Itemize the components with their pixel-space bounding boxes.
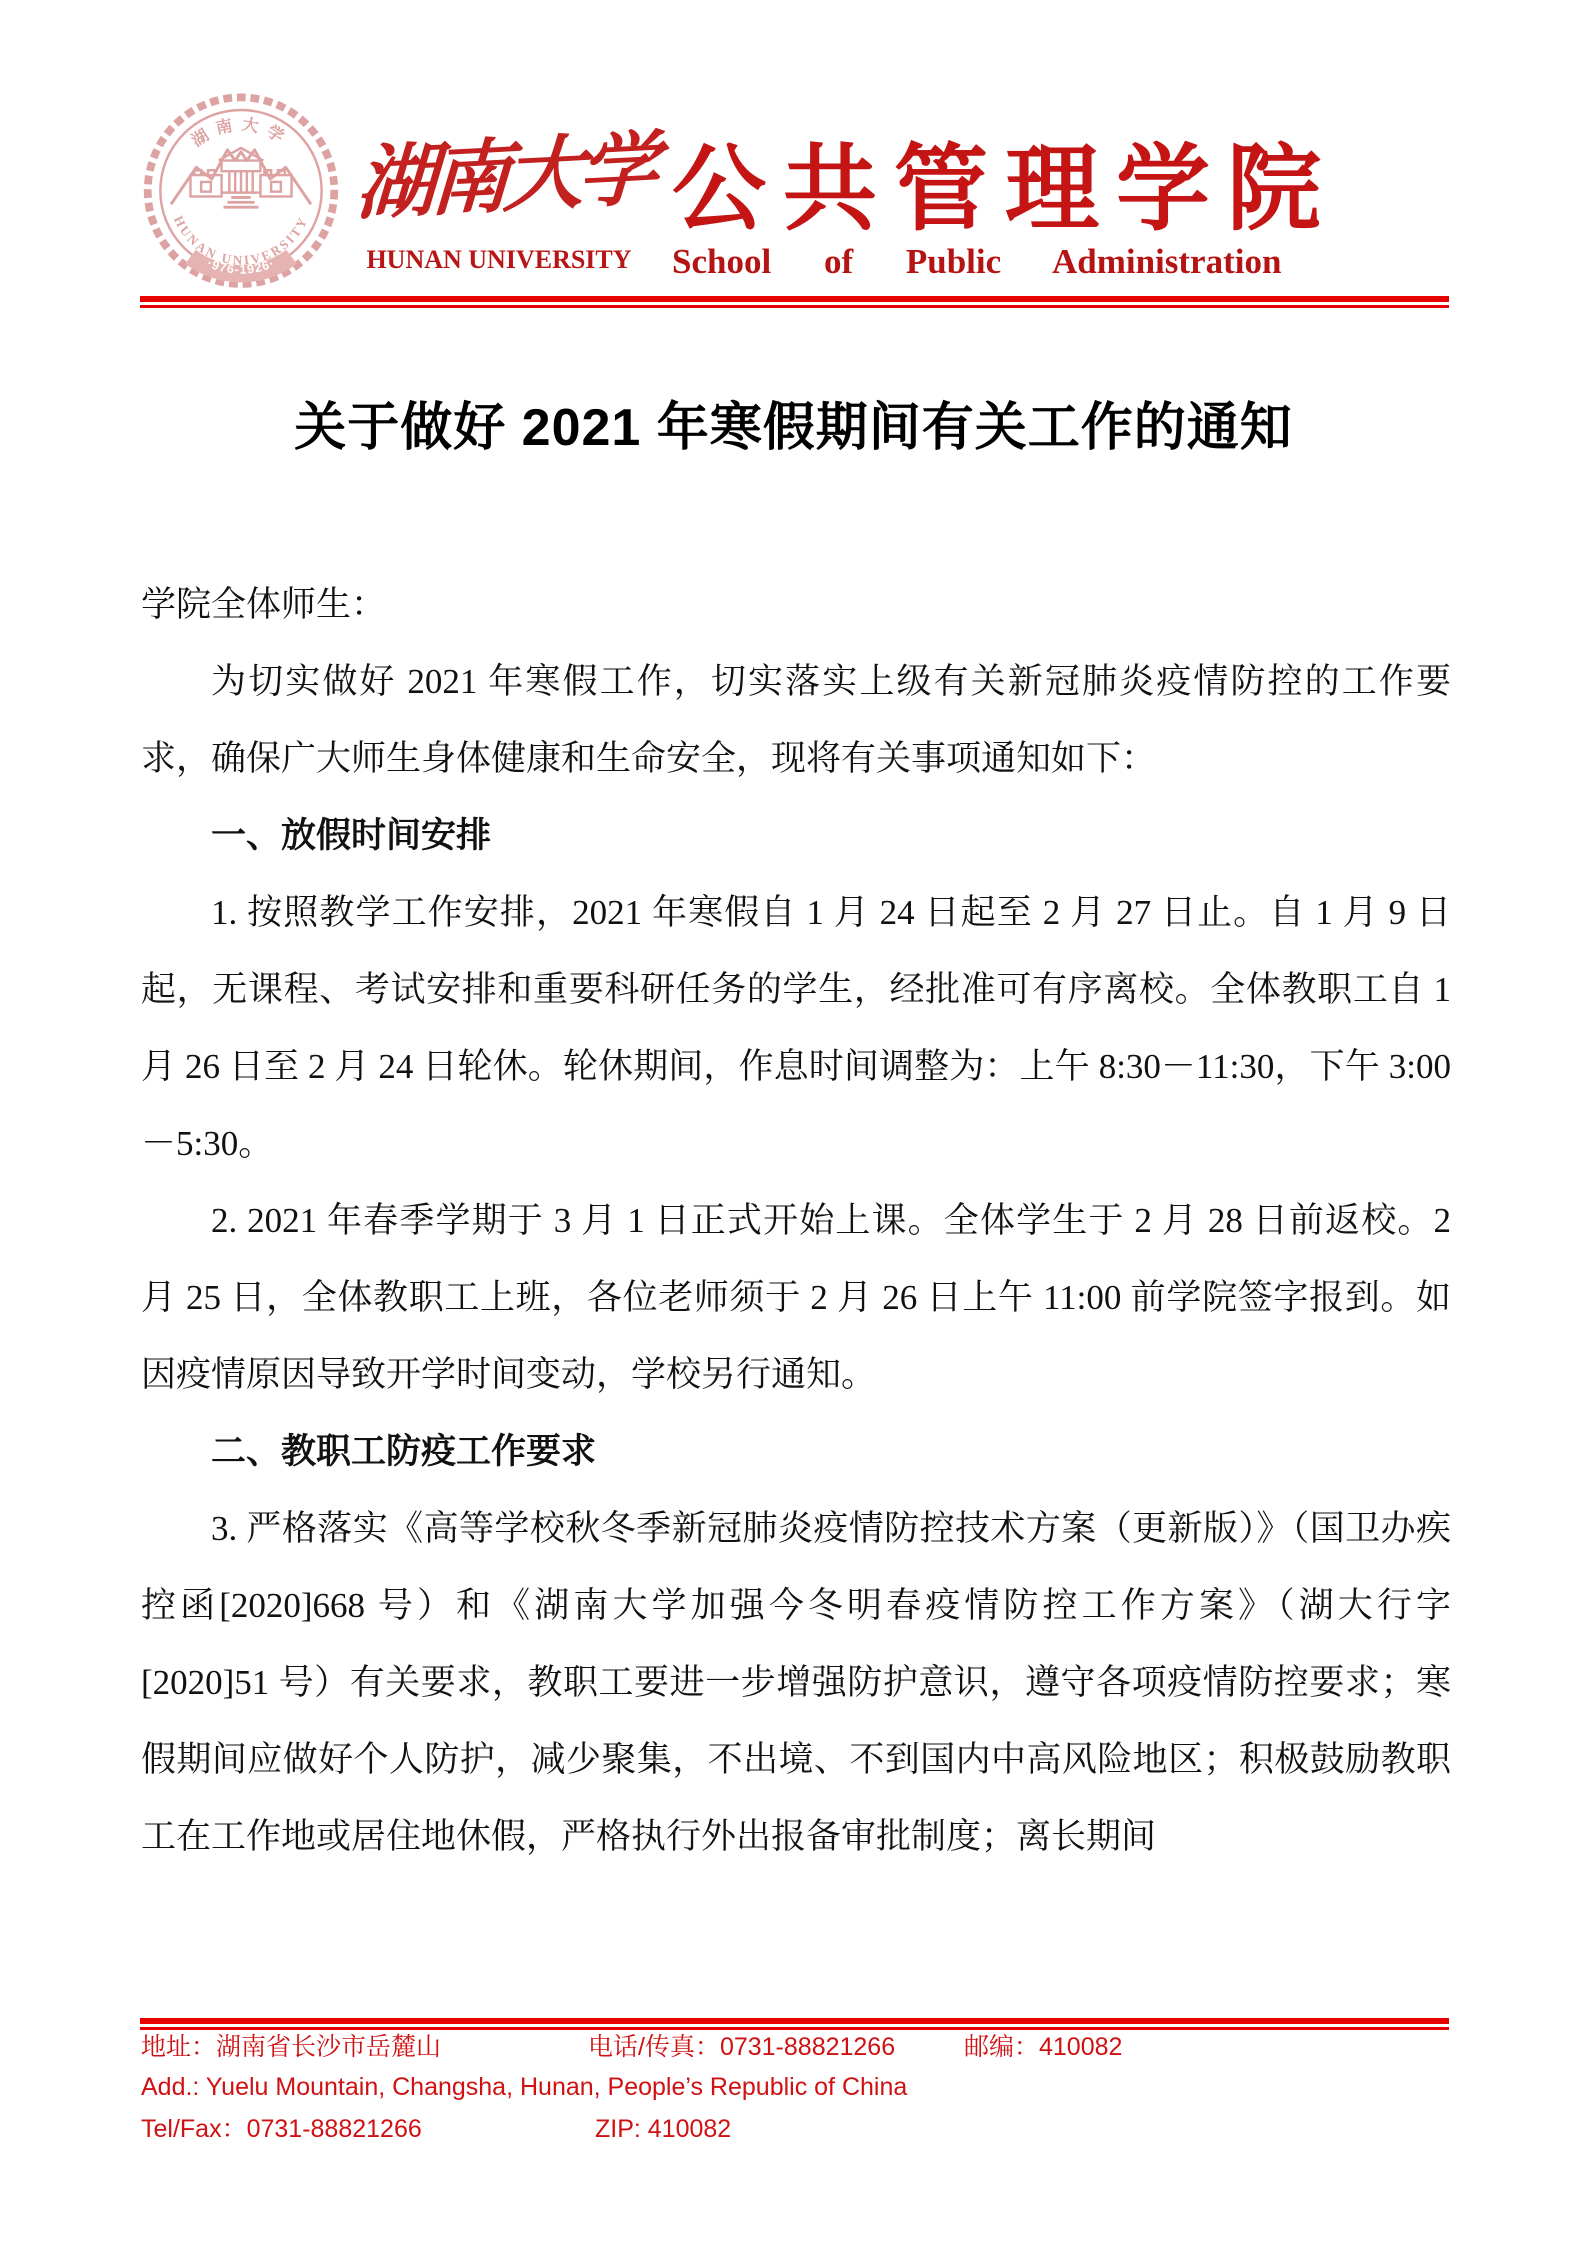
intro-paragraph: 为切实做好 2021 年寒假工作，切实落实上级有关新冠肺炎疫情防控的工作要求，确…	[141, 643, 1451, 797]
footer-row-tel-en: Tel/Fax：0731-88821266 ZIP: 410082	[0, 2113, 1587, 2145]
salutation-line: 学院全体师生：	[141, 566, 1451, 643]
school-name-en: School of Public Administration	[672, 240, 1352, 284]
footer-row-cn: 地址：湖南省长沙市岳麓山 电话/传真：0731-88821266 邮编：4100…	[0, 2031, 1587, 2063]
section-heading-2: 二、教职工防疫工作要求	[141, 1413, 1451, 1490]
footer-double-rule	[140, 2018, 1449, 2030]
paragraph-item-3: 3. 严格落实《高等学校秋冬季新冠肺炎疫情防控技术方案（更新版）》（国卫办疾控函…	[141, 1490, 1451, 1875]
footer-rule-thin-line	[140, 2027, 1449, 2030]
footer-zip-cn: 邮编：410082	[964, 2031, 1122, 2063]
header-rule-thin-line	[140, 305, 1449, 308]
footer-address-cn: 地址：湖南省长沙市岳麓山	[141, 2031, 441, 2063]
seal-gate-building	[190, 148, 291, 207]
header-double-rule	[140, 296, 1449, 308]
footer-zip-en: ZIP: 410082	[595, 2113, 731, 2145]
section-heading-1: 一、放假时间安排	[141, 797, 1451, 874]
university-name-en: HUNAN UNIVERSITY	[356, 243, 642, 277]
footer-tel-cn: 电话/传真：0731-88821266	[588, 2031, 895, 2063]
footer-address-en: Add.: Yuelu Mountain, Changsha, Hunan, P…	[141, 2071, 907, 2103]
footer-tel-en: Tel/Fax：0731-88821266	[141, 2113, 422, 2145]
school-name-cn: 公共管理学院	[672, 130, 1338, 248]
paragraph-item-1: 1. 按照教学工作安排，2021 年寒假自 1 月 24 日起至 2 月 27 …	[141, 874, 1451, 1182]
document-page: 湖南大学	[0, 0, 1587, 2245]
calligraphy-logotype: 湖南大学	[353, 110, 659, 246]
paragraph-item-2: 2. 2021 年春季学期于 3 月 1 日正式开始上课。全体学生于 2 月 2…	[141, 1182, 1451, 1413]
footer-row-address-en: Add.: Yuelu Mountain, Changsha, Hunan, P…	[0, 2071, 1587, 2103]
university-seal-icon: 湖南大学	[138, 90, 344, 302]
notice-title: 关于做好 2021 年寒假期间有关工作的通知	[0, 390, 1587, 467]
document-body: 学院全体师生： 为切实做好 2021 年寒假工作，切实落实上级有关新冠肺炎疫情防…	[141, 566, 1451, 1875]
